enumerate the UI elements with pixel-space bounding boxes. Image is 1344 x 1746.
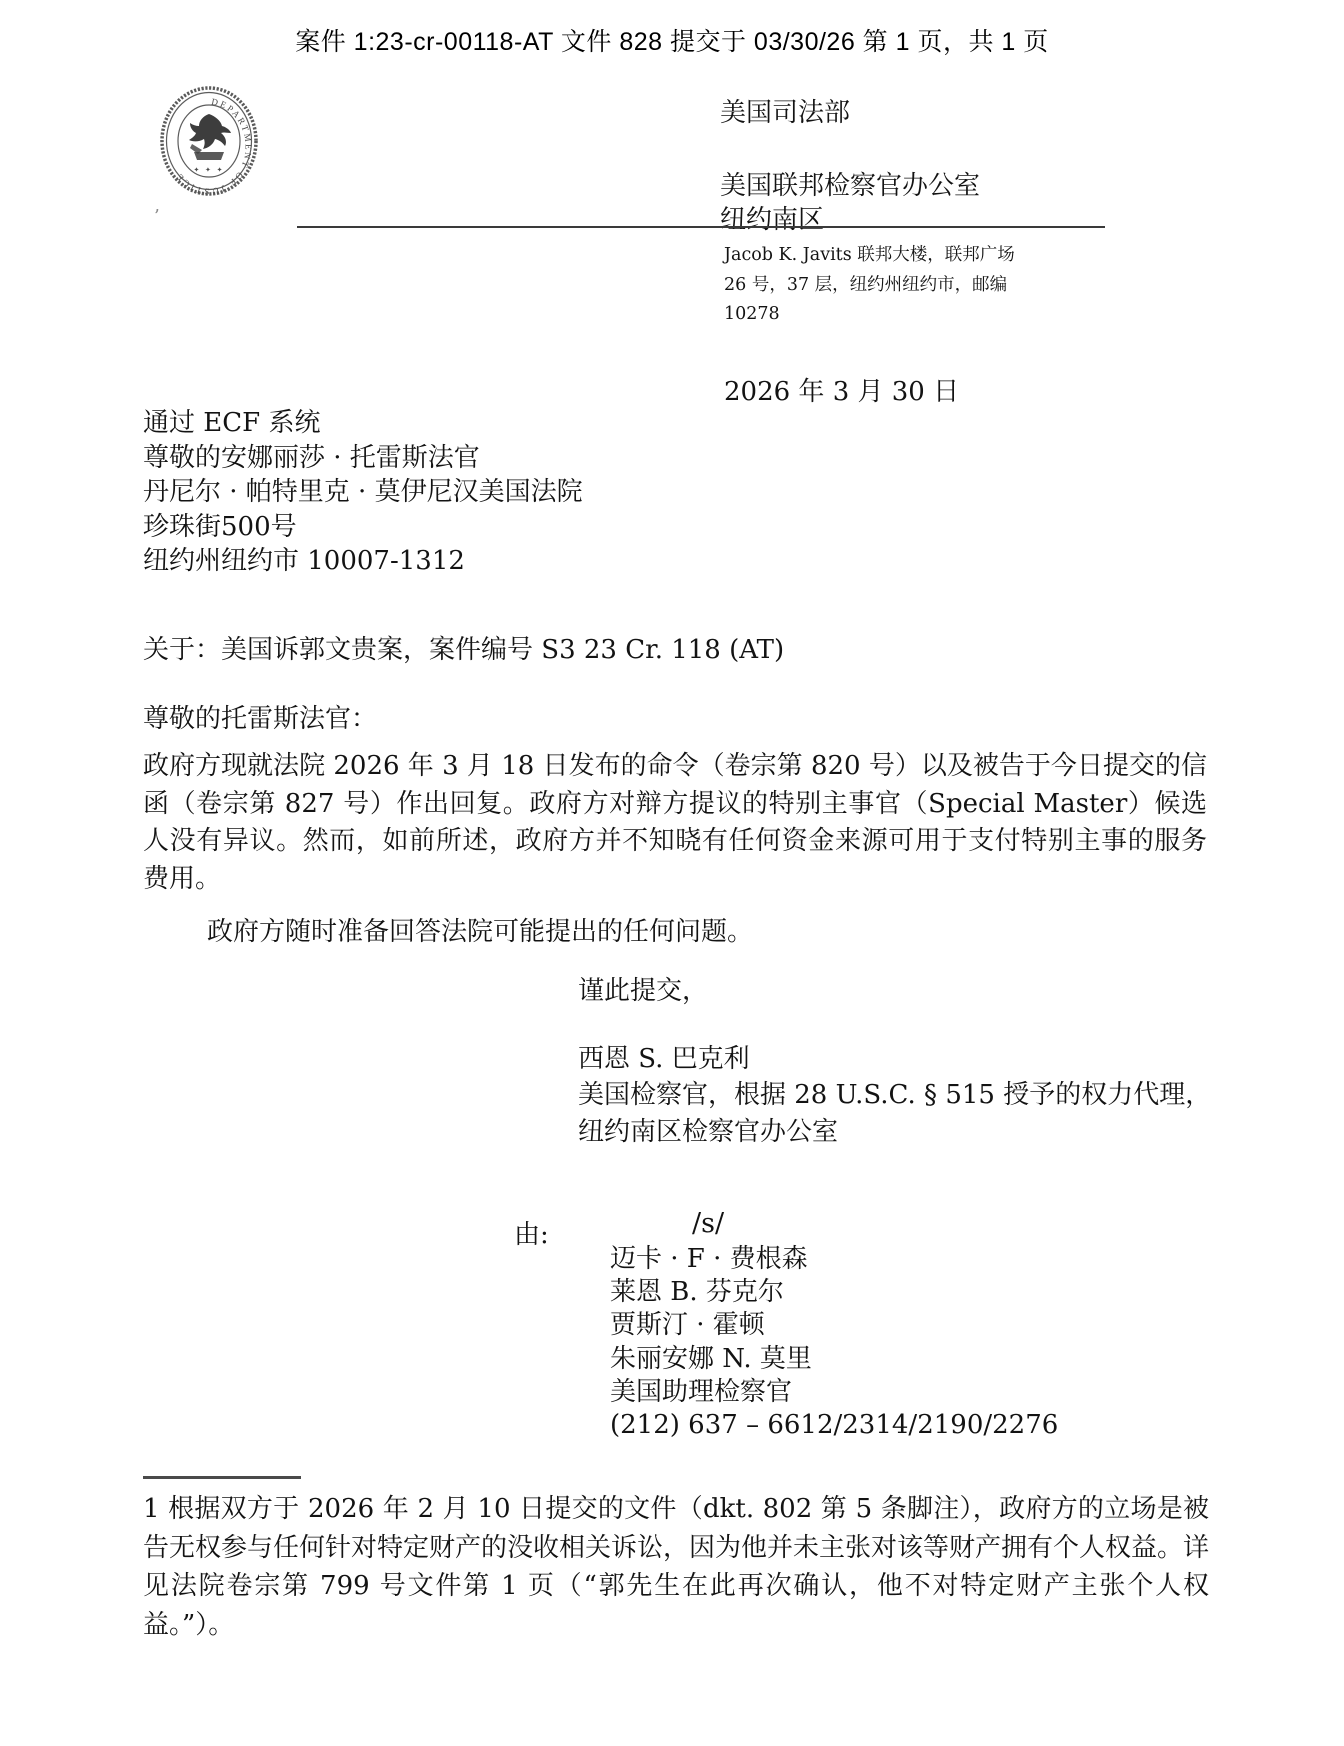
letterhead-rule: [297, 226, 1105, 228]
street-line: 珍珠街500号: [143, 510, 583, 545]
attorney-name: 朱丽安娜 N. 莫里: [610, 1343, 1058, 1376]
re-line: 关于：美国诉郭文贵案，案件编号 S3 23 Cr. 118 (AT): [143, 629, 784, 666]
agency-name: 美国司法部: [720, 92, 850, 129]
attorney-list: 迈卡 · F · 费根森 莱恩 B. 芬克尔 贾斯汀 · 霍顿 朱丽安娜 N. …: [610, 1243, 1058, 1442]
by-label: 由:: [514, 1214, 549, 1251]
signer-name: 西恩 S. 巴克利: [578, 1041, 1211, 1077]
city-line: 纽约州纽约市 10007-1312: [143, 544, 583, 579]
phone-line: (212) 637 – 6612/2314/2190/2276: [610, 1409, 1058, 1442]
attorney-name: 莱恩 B. 芬克尔: [610, 1276, 1058, 1309]
judge-name-line: 尊敬的安娜丽莎 · 托雷斯法官: [143, 441, 583, 476]
attorney-name: 迈卡 · F · 费根森: [610, 1243, 1058, 1276]
s-signature: /s/: [692, 1208, 724, 1239]
footnote-text: 1 根据双方于 2026 年 2 月 10 日提交的文件（dkt. 802 第 …: [143, 1490, 1209, 1644]
courthouse-line: 丹尼尔 · 帕特里克 · 莫伊尼汉美国法院: [143, 475, 583, 510]
attorney-name: 贾斯汀 · 霍顿: [610, 1309, 1058, 1342]
body-paragraph-2: 政府方随时准备回答法院可能提出的任何问题。: [143, 911, 1207, 948]
body-paragraph-1: 政府方现就法院 2026 年 3 月 18 日发布的命令（卷宗第 820 号）以…: [143, 748, 1207, 898]
stray-mark: ’: [154, 206, 160, 227]
address-line: Jacob K. Javits 联邦大楼，联邦广场: [724, 241, 1015, 271]
doj-seal-icon: DEPARTMENT OF JUSTICE ✦ ✦ ✦: [159, 84, 259, 198]
salutation: 尊敬的托雷斯法官：: [143, 698, 377, 735]
signer-office: 纽约南区检察官办公室: [578, 1114, 1211, 1150]
address-line: 10278: [724, 300, 1015, 330]
footnote-rule: [143, 1476, 301, 1479]
district-name: 纽约南区: [720, 199, 824, 236]
recipient-block: 通过 ECF 系统 尊敬的安娜丽莎 · 托雷斯法官 丹尼尔 · 帕特里克 · 莫…: [143, 406, 583, 579]
date-line: 2026 年 3 月 30 日: [724, 371, 959, 408]
closing-phrase: 谨此提交，: [578, 970, 708, 1007]
via-ecf-line: 通过 ECF 系统: [143, 406, 583, 441]
address-line: 26 号，37 层，纽约州纽约市，邮编: [724, 271, 1015, 301]
svg-text:✦ ✦ ✦: ✦ ✦ ✦: [193, 166, 224, 174]
signer-title: 美国检察官，根据 28 U.S.C. § 515 授予的权力代理，: [578, 1077, 1211, 1113]
office-name: 美国联邦检察官办公室: [720, 165, 980, 202]
case-stamp: 案件 1:23-cr-00118-AT 文件 828 提交于 03/30/26 …: [0, 22, 1344, 58]
attorneys-title: 美国助理检察官: [610, 1376, 1058, 1409]
signature-block: 西恩 S. 巴克利 美国检察官，根据 28 U.S.C. § 515 授予的权力…: [578, 1041, 1211, 1150]
office-address: Jacob K. Javits 联邦大楼，联邦广场 26 号，37 层，纽约州纽…: [724, 241, 1015, 330]
